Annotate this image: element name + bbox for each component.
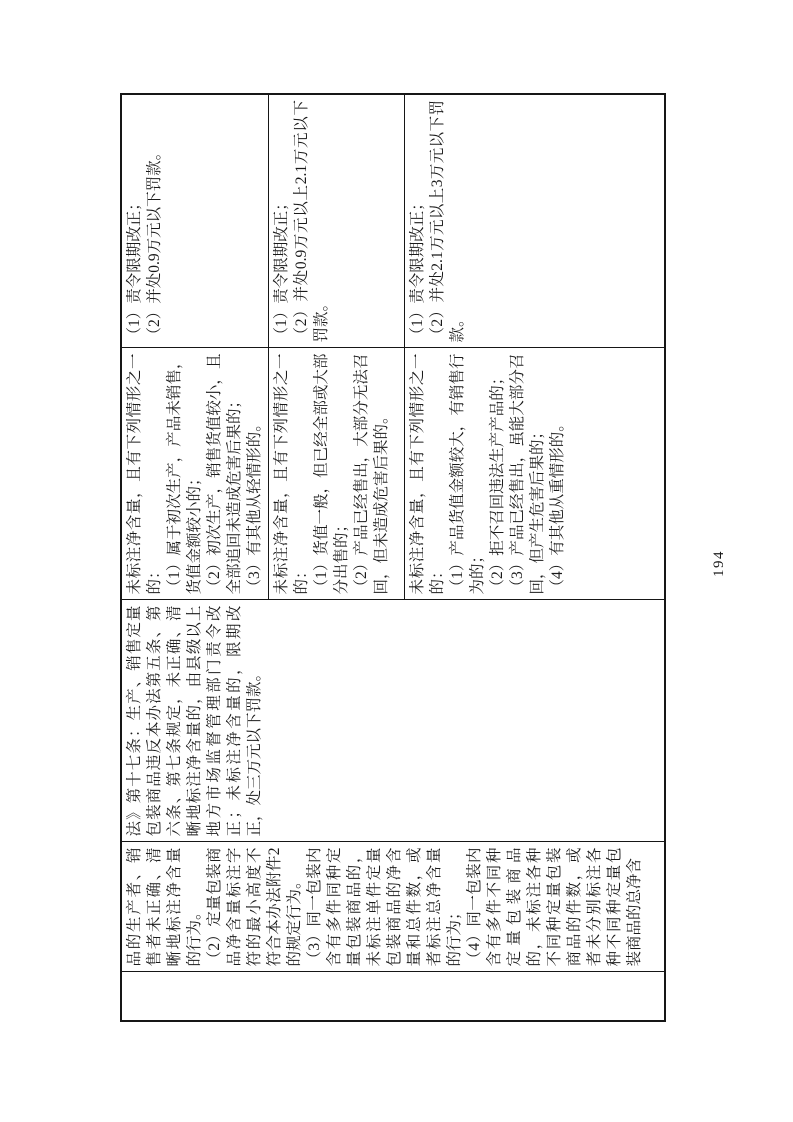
cell-situation-row3: 未标注净含量，且有下列情形之一的： （1）产品货值金额较大，有销售行为的； （2…: [405, 348, 665, 600]
paragraph: 品的生产者、销售者未正确、清晰地标注净含量的行为。: [125, 848, 205, 967]
cell-penalty-row3: （1）责令限期改正； （2）并处2.1万元以上3万元以下罚款。: [405, 94, 665, 348]
paragraph: （2）定量包装商品净含量标注字符的最小高度不符合本办法附件2的规定行为。: [205, 848, 305, 967]
page-number: 194: [711, 550, 728, 577]
paragraph: （1）产品货值金额较大，有销售行为的；: [448, 354, 488, 595]
paragraph: （3）同一包装内含有多件同种定量包装商品的，未标注单件定量包装商品的净含量和总件…: [305, 848, 465, 967]
paragraph: （3）有其他从轻情形的。: [245, 354, 265, 595]
paragraph: （2）并处2.1万元以上3万元以下罚款。: [428, 100, 468, 343]
paragraph: （2）产品已经售出，大部分无法召回，但未造成危害后果的。: [352, 354, 392, 595]
paragraph: （4）有其他从重情形的。: [548, 354, 568, 595]
cell-violation-behavior: 品的生产者、销售者未正确、清晰地标注净含量的行为。 （2）定量包装商品净含量标注…: [121, 842, 665, 972]
paragraph: 法》第十七条：生产、销售定量包装商品违反本办法第五条、第六条、第七条规定，未正确…: [125, 606, 265, 837]
paragraph: （3）产品已经售出，虽能大部分召回，但产生危害后果的；: [508, 354, 548, 595]
paragraph: （2）并处0.9万元以下罚款。: [145, 100, 165, 343]
paragraph: （1）货值一般，但已经全部或大部分出售的；: [312, 354, 352, 595]
document-page: { "colors": { "background": "#ffffff", "…: [0, 0, 793, 1122]
paragraph: （2）并处0.9万元以上2.1万元以下罚款。: [292, 100, 332, 343]
paragraph: （2）初次生产，销售货值较小，且全部追回未造成危害后果的；: [205, 354, 245, 595]
paragraph: （4）同一包装内含有多件不同种定量包装商品的，未标注各种不同种定量包装商品的件数…: [465, 848, 645, 967]
paragraph: （1）责令限期改正；: [272, 100, 292, 343]
paragraph: （1）属于初次生产，产品未销售，货值金额较小的；: [165, 354, 205, 595]
paragraph: 未标注净含量，且有下列情形之一的：: [272, 354, 312, 595]
paragraph: （1）责令限期改正；: [125, 100, 145, 343]
cell-penalty-row2: （1）责令限期改正； （2）并处0.9万元以上2.1万元以下罚款。: [269, 94, 405, 348]
paragraph: （1）责令限期改正；: [408, 100, 428, 343]
cell-penalty-row1: （1）责令限期改正； （2）并处0.9万元以下罚款。: [121, 94, 269, 348]
paragraph: 未标注净含量，且有下列情形之一的：: [408, 354, 448, 595]
penalty-table: 品的生产者、销售者未正确、清晰地标注净含量的行为。 （2）定量包装商品净含量标注…: [120, 93, 666, 1022]
cell-situation-row1: 未标注净含量，且有下列情形之一的： （1）属于初次生产，产品未销售，货值金额较小…: [121, 348, 269, 600]
table-row: 品的生产者、销售者未正确、清晰地标注净含量的行为。 （2）定量包装商品净含量标注…: [121, 94, 269, 1021]
cell-situation-row2: 未标注净含量，且有下列情形之一的： （1）货值一般，但已经全部或大部分出售的； …: [269, 348, 405, 600]
rotated-landscape-sheet: 品的生产者、销售者未正确、清晰地标注净含量的行为。 （2）定量包装商品净含量标注…: [0, 0, 793, 1122]
cell-index-empty: [121, 972, 665, 1021]
paragraph: 未标注净含量，且有下列情形之一的：: [125, 354, 165, 595]
cell-legal-basis: 法》第十七条：生产、销售定量包装商品违反本办法第五条、第六条、第七条规定，未正确…: [121, 600, 665, 842]
paragraph: （2）拒不召回违法生产产品的；: [488, 354, 508, 595]
